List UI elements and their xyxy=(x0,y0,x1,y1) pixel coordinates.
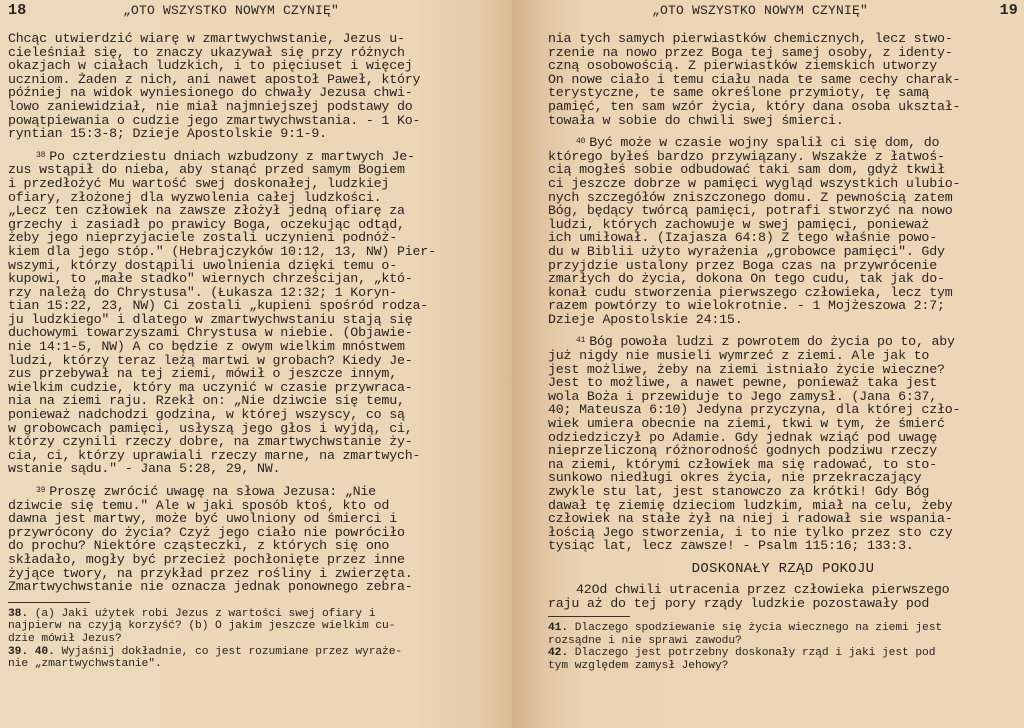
left-running-head: 18 „OTO WSZYSTKO NOWYM CZYNIĘ" xyxy=(8,2,498,26)
paragraph-continuation: Chcąc utwierdzić wiarę w zmartwychwstani… xyxy=(8,32,498,141)
right-study-questions: 41. Dlaczego spodziewanie się życia wiec… xyxy=(548,622,1018,672)
paragraph-39: 39Proszę zwrócić uwagę na słowa Jezusa: … xyxy=(8,484,498,594)
footnote-divider xyxy=(548,616,630,617)
paragraph-42: 42Od chwili utracenia przez człowieka pi… xyxy=(548,583,1018,610)
footnote-divider xyxy=(8,602,90,603)
paragraph-number: 39 xyxy=(36,486,45,495)
right-body-text: nia tych samych pierwiastków chemicznych… xyxy=(548,32,1018,610)
paragraph-number: 40 xyxy=(576,137,585,146)
question-39-40: 39. 40. Wyjaśnij dokładnie, co jest rozu… xyxy=(8,646,498,671)
paragraph-38: 38Po czterdziestu dniach wzbudzony z mar… xyxy=(8,149,498,476)
question-38: 38. (a) Jaki użytek robi Jezus z wartośc… xyxy=(8,608,498,646)
page-number: 18 xyxy=(8,2,68,19)
page-number: 19 xyxy=(1000,2,1018,19)
left-body-text: Chcąc utwierdzić wiarę w zmartwychwstani… xyxy=(8,32,498,594)
book-spread: 18 „OTO WSZYSTKO NOWYM CZYNIĘ" Chcąc utw… xyxy=(0,0,1024,728)
paragraph-40: 40Być może w czasie wojny spalił ci się … xyxy=(548,135,1018,326)
section-heading: DOSKONAŁY RZĄD POKOJU xyxy=(548,561,1018,577)
question-41: 41. Dlaczego spodziewanie się życia wiec… xyxy=(548,622,1018,647)
left-page: 18 „OTO WSZYSTKO NOWYM CZYNIĘ" Chcąc utw… xyxy=(0,0,512,728)
paragraph-number: 38 xyxy=(36,151,45,160)
right-running-head: „OTO WSZYSTKO NOWYM CZYNIĘ" 19 xyxy=(548,2,1018,26)
running-title: „OTO WSZYSTKO NOWYM CZYNIĘ" xyxy=(123,3,339,18)
right-page: „OTO WSZYSTKO NOWYM CZYNIĘ" 19 nia tych … xyxy=(512,0,1024,728)
paragraph-number: 41 xyxy=(576,336,585,345)
running-title: „OTO WSZYSTKO NOWYM CZYNIĘ" xyxy=(652,3,868,18)
paragraph-continuation: nia tych samych pierwiastków chemicznych… xyxy=(548,32,1018,127)
paragraph-41: 41Bóg powoła ludzi z powrotem do życia p… xyxy=(548,334,1018,553)
left-study-questions: 38. (a) Jaki użytek robi Jezus z wartośc… xyxy=(8,608,498,671)
question-42: 42. Dlaczego jest potrzebny doskonały rz… xyxy=(548,647,1018,672)
